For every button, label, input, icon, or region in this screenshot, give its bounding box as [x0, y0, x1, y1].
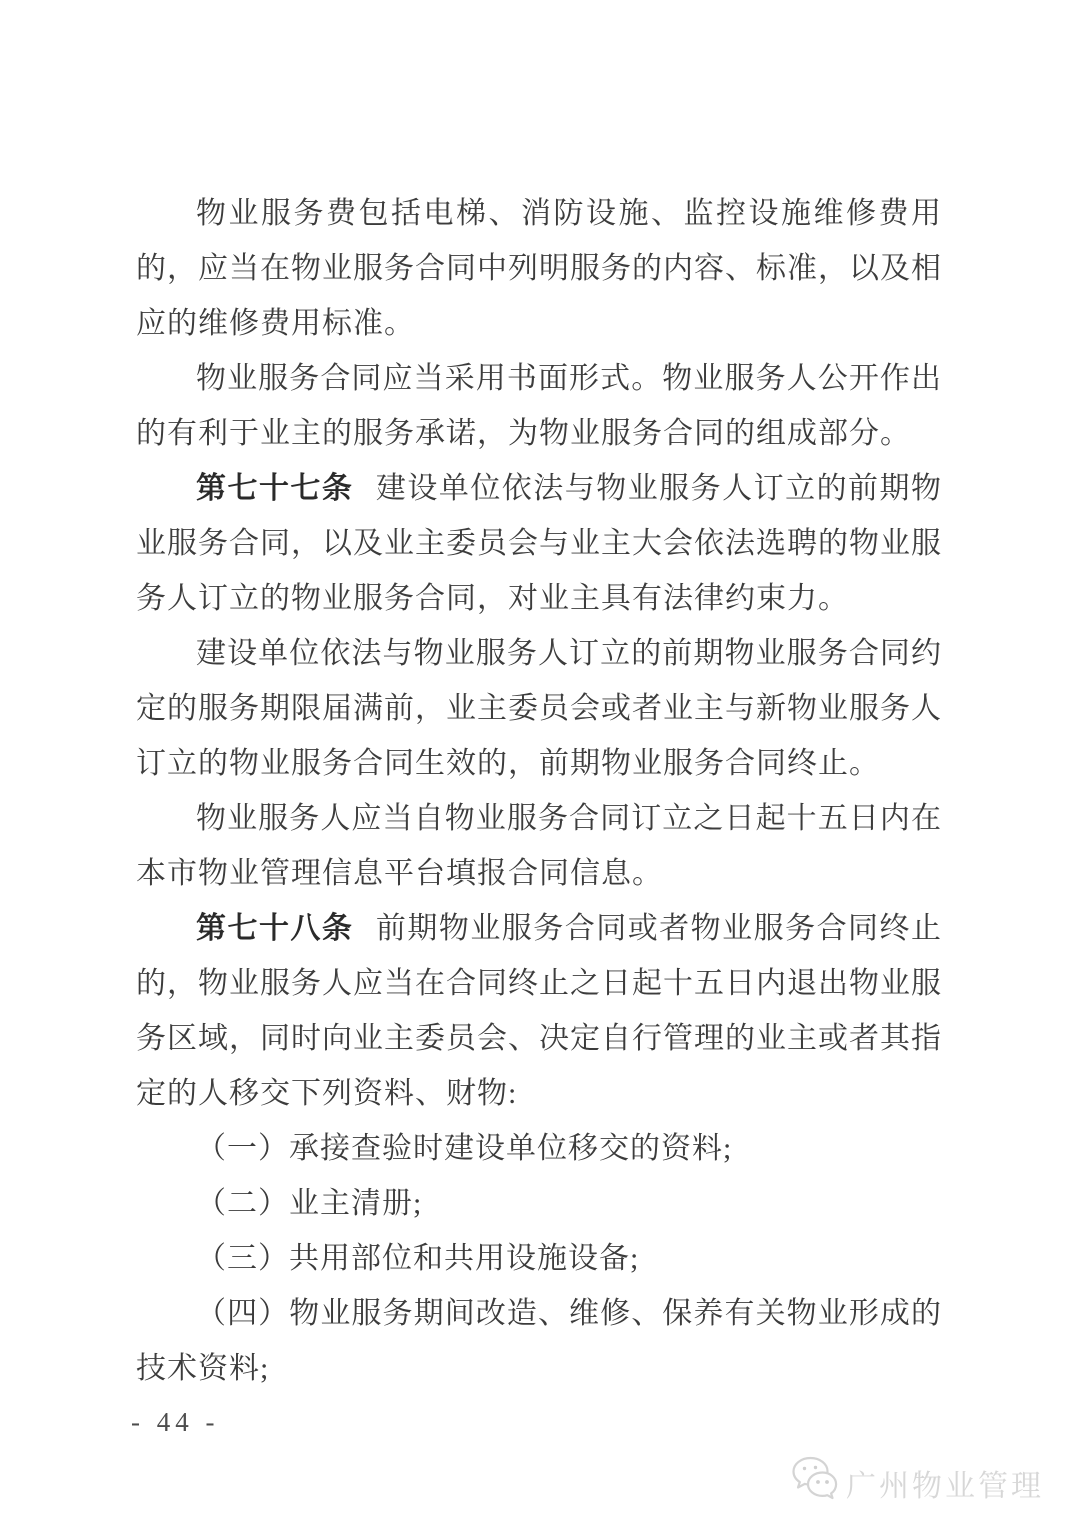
article-paragraph: 第七十八条前期物业服务合同或者物业服务合同终止的，物业服务人应当在合同终止之日起… [136, 901, 942, 1121]
paragraph: （二）业主清册; [136, 1176, 942, 1231]
article-number: 第七十八条 [196, 912, 353, 945]
article-paragraph: 第七十七条建设单位依法与物业服务人订立的前期物业服务合同，以及业主委员会与业主大… [136, 461, 942, 626]
paragraph-text: 物业服务人应当自物业服务合同订立之日起十五日内在本市物业管理信息平台填报合同信息… [136, 802, 942, 890]
watermark: 广州物业管理 [790, 1455, 1044, 1511]
paragraph: 建设单位依法与物业服务人订立的前期物业服务合同约定的服务期限届满前，业主委员会或… [136, 626, 942, 791]
wechat-icon [790, 1455, 840, 1511]
paragraph: 物业服务费包括电梯、消防设施、监控设施维修费用的，应当在物业服务合同中列明服务的… [136, 186, 942, 351]
paragraph-text: （四）物业服务期间改造、维修、保养有关物业形成的技术资料; [136, 1297, 942, 1385]
paragraph-text: （二）业主清册; [196, 1187, 422, 1220]
paragraph: （三）共用部位和共用设施设备; [136, 1231, 942, 1286]
paragraph-text: （三）共用部位和共用设施设备; [196, 1242, 639, 1275]
paragraph-text: 物业服务费包括电梯、消防设施、监控设施维修费用的，应当在物业服务合同中列明服务的… [136, 197, 942, 340]
document-body: 物业服务费包括电梯、消防设施、监控设施维修费用的，应当在物业服务合同中列明服务的… [136, 186, 942, 1396]
article-number: 第七十七条 [196, 472, 353, 505]
paragraph-text: 建设单位依法与物业服务人订立的前期物业服务合同约定的服务期限届满前，业主委员会或… [136, 637, 942, 780]
paragraph-text: 物业服务合同应当采用书面形式。物业服务人公开作出的有利于业主的服务承诺，为物业服… [136, 362, 942, 450]
paragraph-text: （一）承接查验时建设单位移交的资料; [196, 1132, 732, 1165]
paragraph: （四）物业服务期间改造、维修、保养有关物业形成的技术资料; [136, 1286, 942, 1396]
page-number: - 44 - [131, 1400, 219, 1445]
paragraph: 物业服务人应当自物业服务合同订立之日起十五日内在本市物业管理信息平台填报合同信息… [136, 791, 942, 901]
paragraph: 物业服务合同应当采用书面形式。物业服务人公开作出的有利于业主的服务承诺，为物业服… [136, 351, 942, 461]
paragraph: （一）承接查验时建设单位移交的资料; [136, 1121, 942, 1176]
watermark-label: 广州物业管理 [846, 1461, 1044, 1505]
document-page: 物业服务费包括电梯、消防设施、监控设施维修费用的，应当在物业服务合同中列明服务的… [0, 0, 1080, 1527]
